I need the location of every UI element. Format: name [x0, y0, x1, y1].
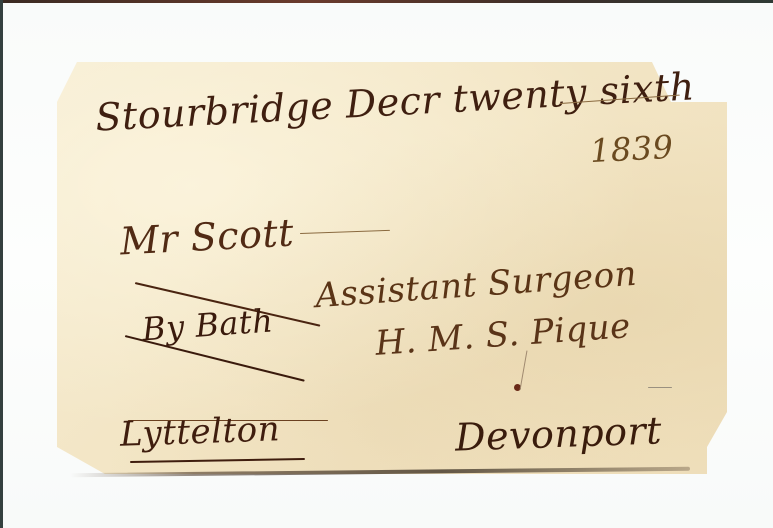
frank-signature: Lyttelton — [119, 409, 280, 455]
dateline-year: 1839 — [589, 128, 674, 170]
addressee-name: Mr Scott — [119, 210, 295, 263]
addressee-port: Devonport — [454, 408, 662, 459]
faint-mark — [648, 387, 672, 388]
